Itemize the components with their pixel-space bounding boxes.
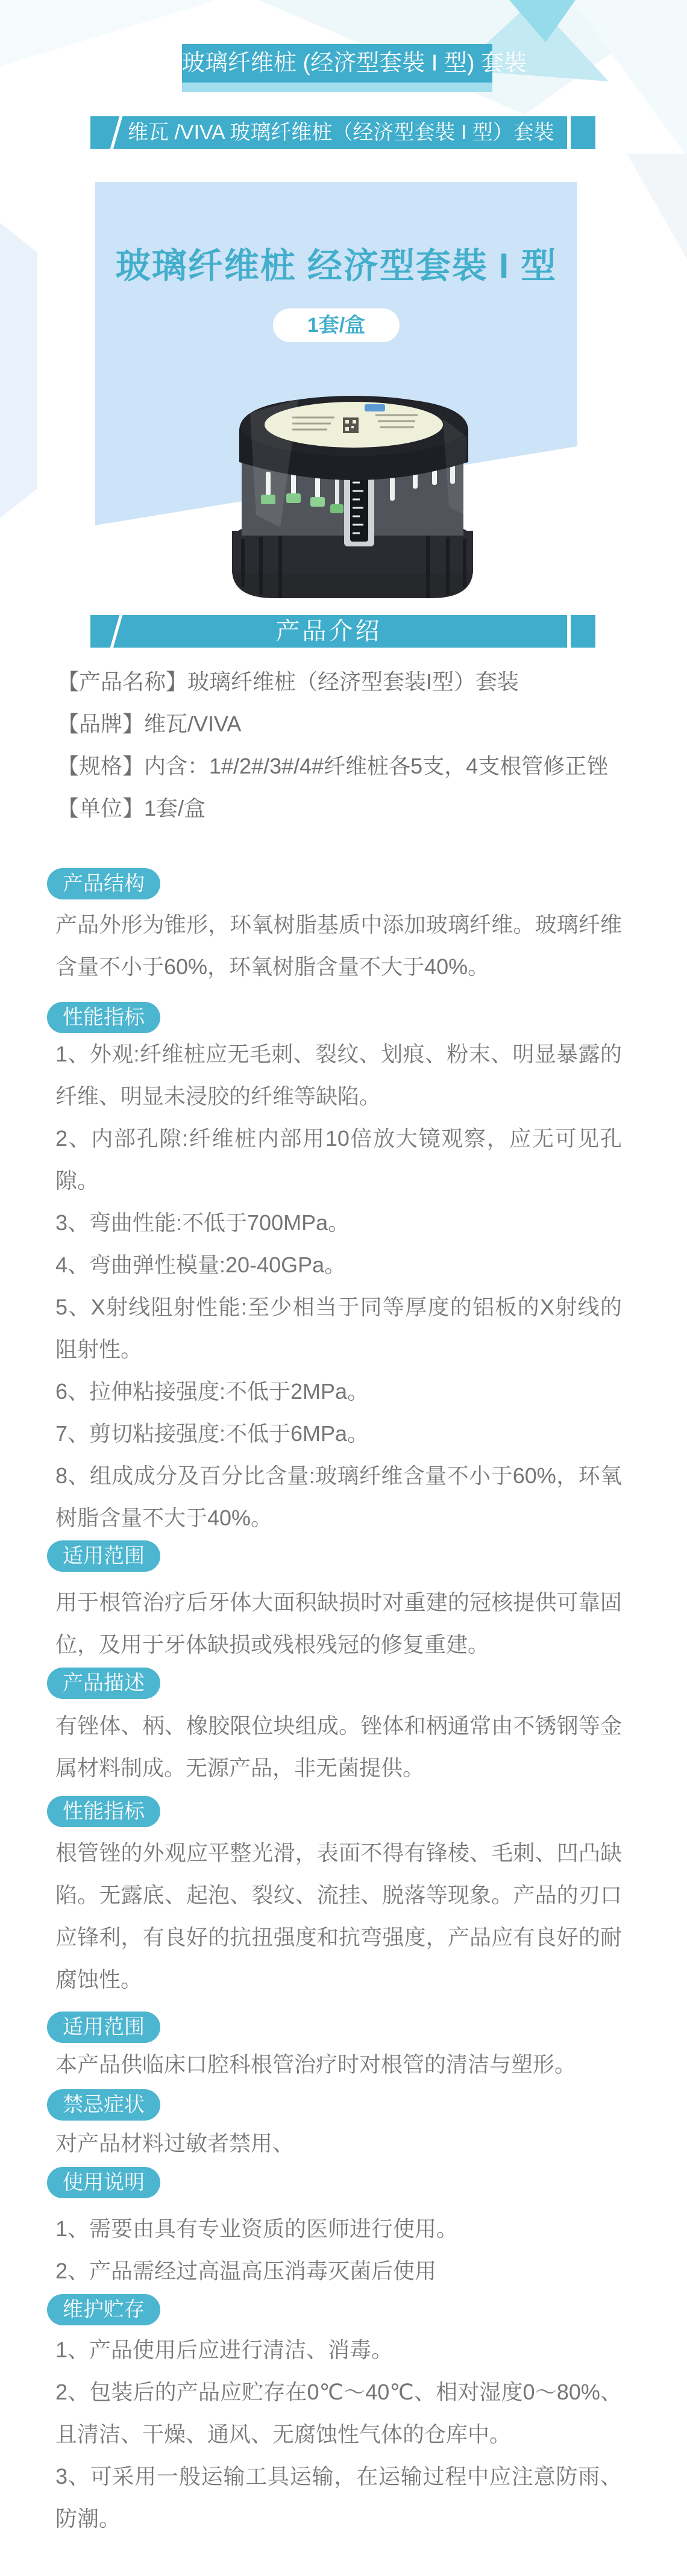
- section-badge: 适用范围: [47, 2012, 160, 2043]
- section-paragraph: 6、拉伸粘接强度:不低于2MPa。: [0, 1371, 687, 1413]
- section-paragraph: 3、弯曲性能:不低于700MPa。: [0, 1202, 687, 1244]
- section-badge: 性能指标: [47, 1002, 160, 1033]
- section-header-text: 产品介绍: [90, 615, 567, 648]
- top-title-text: 玻璃纤维桩 (经济型套裝 I 型) 套裝: [182, 44, 492, 83]
- section-paragraph: 根管锉的外观应平整光滑，表面不得有锋棱、毛刺、凹凸缺陷。无露底、起泡、裂纹、流挂…: [0, 1832, 687, 2001]
- bar-end-block: [571, 615, 595, 648]
- info-line-product-name: 【产品名称】玻璃纤维桩（经济型套装I型）套装: [57, 661, 687, 703]
- top-title-underline: [182, 83, 492, 92]
- qr-code-icon: [343, 417, 359, 433]
- section-badge: 禁忌症状: [47, 2089, 160, 2121]
- section-paragraph: 用于根管治疗后牙体大面积缺损时对重建的冠核提供可靠固位，及用于牙体缺损或残根残冠…: [0, 1581, 687, 1666]
- bar-end-block: [571, 116, 595, 149]
- bg-triangle: [627, 154, 687, 259]
- section-paragraph: 8、组成成分及百分比含量:玻璃纤维含量不小于60%，环氧树脂含量不大于40%。: [0, 1455, 687, 1539]
- section-header-main: 产品介绍: [90, 615, 567, 648]
- section-paragraph: 产品外形为锥形，环氧树脂基质中添加玻璃纤维。玻璃纤维含量不小于60%，环氧树脂含…: [0, 904, 687, 988]
- section-header-bar: 产品介绍: [90, 615, 687, 648]
- section-badge: 使用说明: [47, 2167, 160, 2198]
- section-badge: 适用范围: [47, 1540, 160, 1572]
- brand-bar-main: 维瓦 /VIVA 玻璃纤维桩（经济型套裝 I 型）套裝: [90, 116, 567, 149]
- section-paragraph: 5、X射线阻射性能:至少相当于同等厚度的铝板的X射线的阻射性。: [0, 1286, 687, 1371]
- section-badge: 产品结构: [47, 868, 160, 899]
- section-paragraph: 1、需要由具有专业资质的医师进行使用。: [0, 2208, 687, 2250]
- section-paragraph: 3、可采用一般运输工具运输，在运输过程中应注意防雨、防潮。: [0, 2456, 687, 2540]
- info-line-brand: 【品牌】维瓦/VIVA: [57, 703, 687, 745]
- section-paragraph: 1、产品使用后应进行清洁、消毒。: [0, 2329, 687, 2371]
- info-line-unit: 【单位】1套/盒: [57, 787, 687, 830]
- brand-bar-text: 维瓦 /VIVA 玻璃纤维桩（经济型套裝 I 型）套裝: [90, 116, 567, 149]
- section-badge: 维护贮存: [47, 2294, 160, 2325]
- top-title-badge: 玻璃纤维桩 (经济型套裝 I 型) 套裝: [182, 44, 492, 92]
- section-paragraph: 4、弯曲弹性模量:20-40GPa。: [0, 1244, 687, 1286]
- brand-bar: 维瓦 /VIVA 玻璃纤维桩（经济型套裝 I 型）套裝: [90, 116, 595, 149]
- product-photo: [214, 389, 494, 610]
- hero-title: 玻璃纤维桩 经济型套裝 I 型: [95, 237, 577, 288]
- bg-triangle: [0, 223, 37, 518]
- info-line-spec: 【规格】内含：1#/2#/3#/4#纤维桩各5支，4支根管修正锉: [57, 745, 687, 787]
- section-paragraph: 2、产品需经过高温高压消毒灭菌后使用: [0, 2250, 687, 2292]
- unit-pill: 1套/盒: [273, 308, 400, 342]
- section-paragraph: 2、包装后的产品应贮存在0℃～40℃、相对湿度0～80%、且清洁、干燥、通风、无…: [0, 2371, 687, 2456]
- document-body: 产品介绍 【产品名称】玻璃纤维桩（经济型套装I型）套装 【品牌】维瓦/VIVA …: [0, 615, 687, 2540]
- section-paragraph: 7、剪切粘接强度:不低于6MPa。: [0, 1413, 687, 1455]
- section-paragraph: 本产品供临床口腔科根管治疗时对根管的清洁与塑形。: [0, 2043, 687, 2086]
- section-badge: 产品描述: [47, 1668, 160, 1699]
- section-paragraph: 2、内部孔隙:纤维桩内部用10倍放大镜观察，应无可见孔隙。: [0, 1118, 687, 1202]
- product-info-list: 【产品名称】玻璃纤维桩（经济型套装I型）套装 【品牌】维瓦/VIVA 【规格】内…: [0, 661, 687, 830]
- section-paragraph: 有锉体、柄、橡胶限位块组成。锉体和柄通常由不锈钢等金属材料制成。无源产品，非无菌…: [0, 1705, 687, 1789]
- product-photo-drawing: [214, 389, 494, 610]
- section-paragraph: 1、外观:纤维桩应无毛刺、裂纹、划痕、粉末、明显暴露的纤维、明显未浸胶的纤维等缺…: [0, 1033, 687, 1118]
- product-detail-page: 玻璃纤维桩 (经济型套裝 I 型) 套裝 维瓦 /VIVA 玻璃纤维桩（经济型套…: [0, 0, 687, 2576]
- section-paragraph: 对产品材料过敏者禁用、: [0, 2122, 687, 2165]
- section-badge: 性能指标: [47, 1796, 160, 1827]
